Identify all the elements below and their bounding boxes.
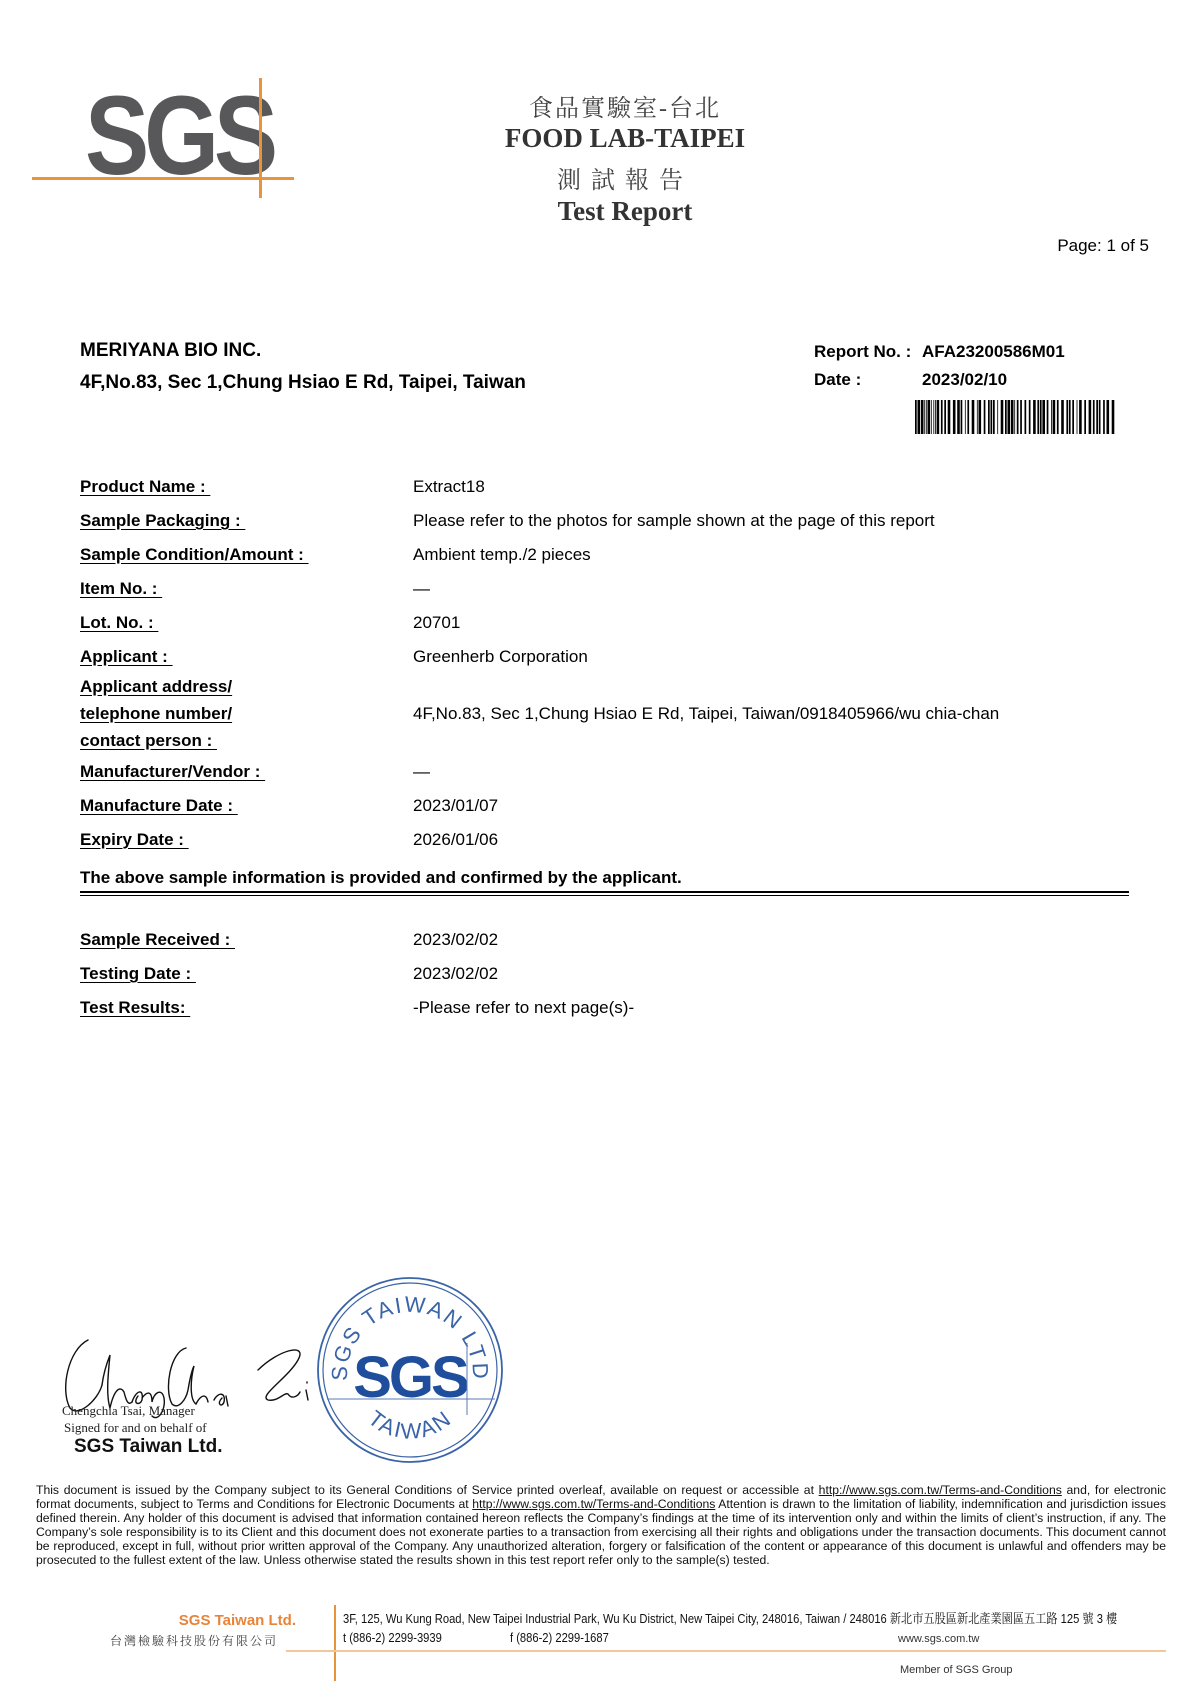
footer-member: Member of SGS Group (900, 1664, 1013, 1676)
applicant-label: Applicant : (80, 647, 173, 667)
sample-received-label: Sample Received : (80, 930, 235, 950)
footer-telephone: t (886-2) 2299-3939 (343, 1630, 442, 1645)
logo-horizontal-rule (32, 177, 294, 180)
section-divider (80, 891, 1129, 893)
testing-date-label: Testing Date : (80, 964, 196, 984)
footer-horizontal-rule (286, 1650, 1166, 1652)
signer-company: SGS Taiwan Ltd. (74, 1436, 223, 1458)
lab-title: FOOD LAB-TAIPEI (430, 123, 820, 154)
product-name-label: Product Name : (80, 477, 210, 497)
applicant-address-value: 4F,No.83, Sec 1,Chung Hsiao E Rd, Taipei… (413, 704, 999, 724)
barcode (915, 400, 1115, 434)
section-divider-thin (80, 895, 1129, 896)
expiry-date-label: Expiry Date : (80, 830, 189, 850)
legal-disclaimer: This document is issued by the Company s… (36, 1483, 1166, 1567)
applicant-address-label-line3: contact person : (80, 731, 217, 751)
sample-condition-value: Ambient temp./2 pieces (413, 545, 591, 565)
client-address: 4F,No.83, Sec 1,Chung Hsiao E Rd, Taipei… (80, 372, 526, 394)
footer-company: SGS Taiwan Ltd. (179, 1612, 296, 1629)
footer-address: 3F, 125, Wu Kung Road, New Taipei Indust… (343, 1608, 1117, 1627)
lot-no-value: 20701 (413, 613, 460, 633)
logo-vertical-rule (259, 78, 262, 198)
report-title-zh: 測試報告 (430, 160, 820, 195)
applicant-address-label-line1: Applicant address/ (80, 677, 232, 697)
test-results-label: Test Results: (80, 998, 190, 1018)
test-results-value: -Please refer to next page(s)- (413, 998, 634, 1018)
signer-name: Chengchia Tsai, Manager (62, 1403, 195, 1419)
testing-date-value: 2023/02/02 (413, 964, 498, 984)
report-number: AFA23200586M01 (922, 342, 1065, 362)
client-name: MERIYANA BIO INC. (80, 340, 261, 362)
footer-website[interactable]: www.sgs.com.tw (898, 1633, 979, 1645)
footer-company-zh: 台灣檢驗科技股份有限公司 (110, 1632, 278, 1649)
signed-on-behalf: Signed for and on behalf of (64, 1420, 207, 1436)
manufacturer-value: — (413, 762, 430, 782)
applicant-value: Greenherb Corporation (413, 647, 588, 667)
product-name-value: Extract18 (413, 477, 485, 497)
applicant-address-label-line2: telephone number/ (80, 704, 232, 724)
lot-no-label: Lot. No. : (80, 613, 158, 633)
company-seal-icon: SGS TAIWAN LTD TAIWAN SGS (315, 1275, 505, 1465)
sample-packaging-label: Sample Packaging : (80, 511, 245, 531)
sgs-logo: SGS (85, 80, 273, 192)
report-date-label: Date : (814, 370, 861, 390)
manufacturer-label: Manufacturer/Vendor : (80, 762, 265, 782)
page-number: Page: 1 of 5 (1057, 236, 1149, 256)
sample-condition-label: Sample Condition/Amount : (80, 545, 309, 565)
lab-title-zh: 食品實驗室-台北 (430, 88, 820, 123)
manufacture-date-label: Manufacture Date : (80, 796, 238, 816)
item-no-label: Item No. : (80, 579, 162, 599)
report-title: Test Report (430, 196, 820, 227)
footer-vertical-rule (334, 1605, 336, 1681)
terms-link-1[interactable]: http://www.sgs.com.tw/Terms-and-Conditio… (819, 1483, 1062, 1497)
svg-text:TAIWAN: TAIWAN (364, 1405, 457, 1443)
footer-fax: f (886-2) 2299-1687 (510, 1630, 609, 1645)
report-number-label: Report No. : (814, 342, 911, 362)
terms-link-2[interactable]: http://www.sgs.com.tw/Terms-and-Conditio… (472, 1497, 715, 1511)
svg-text:SGS: SGS (353, 1345, 468, 1410)
report-date: 2023/02/10 (922, 370, 1007, 390)
confirmation-note: The above sample information is provided… (80, 868, 682, 888)
sample-received-value: 2023/02/02 (413, 930, 498, 950)
expiry-date-value: 2026/01/06 (413, 830, 498, 850)
item-no-value: — (413, 579, 430, 599)
manufacture-date-value: 2023/01/07 (413, 796, 498, 816)
sample-packaging-value: Please refer to the photos for sample sh… (413, 511, 935, 531)
